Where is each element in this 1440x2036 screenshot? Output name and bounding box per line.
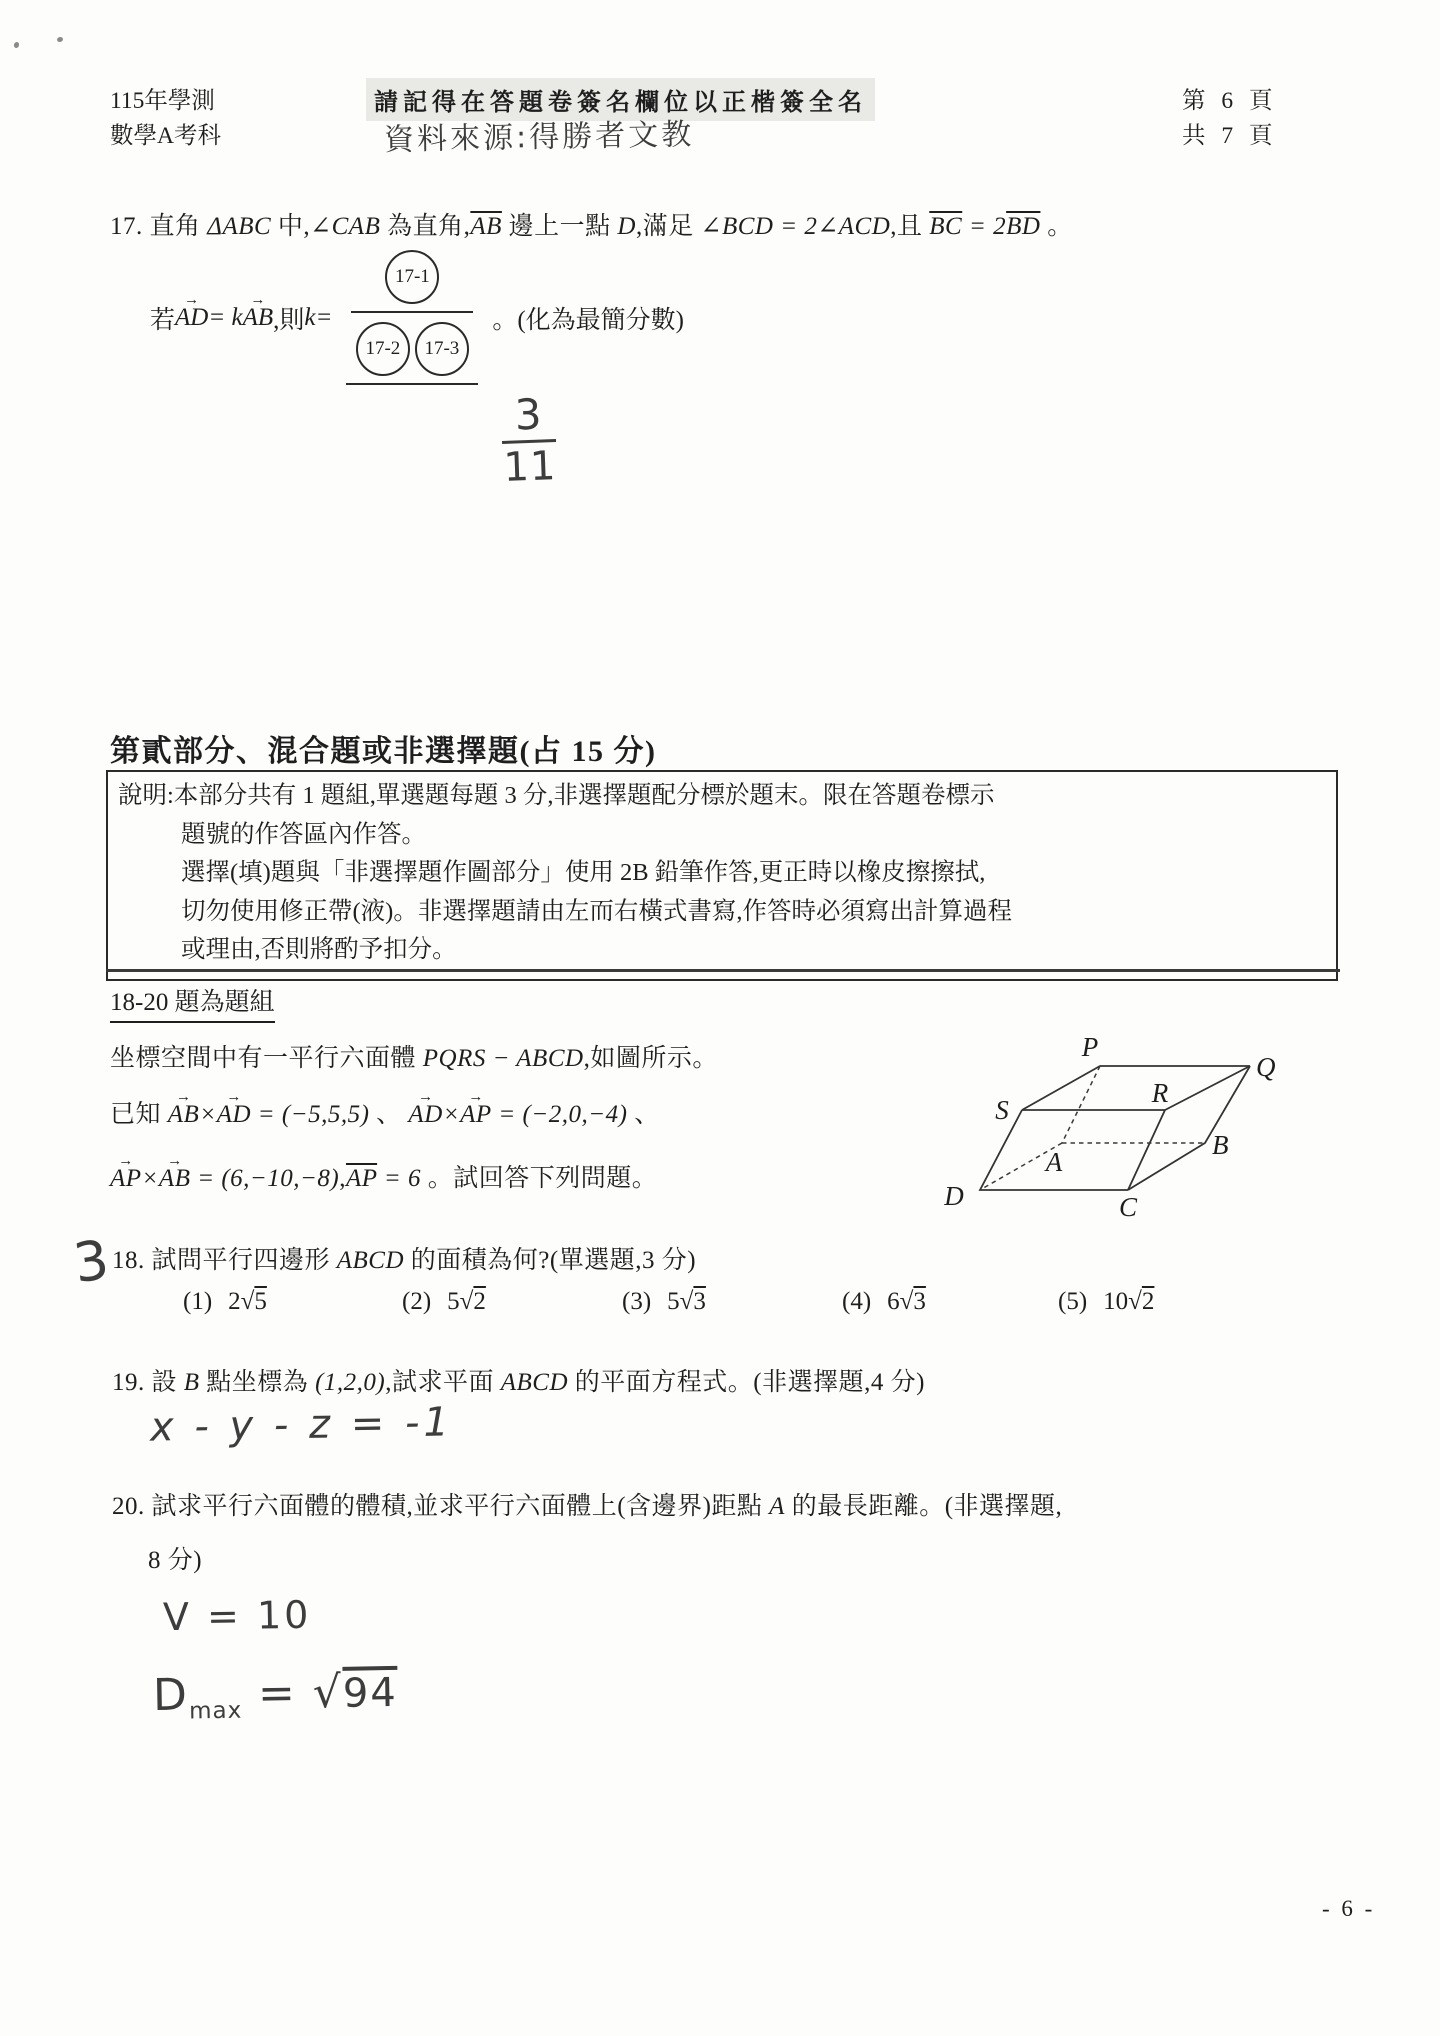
- known-seg: AD: [408, 1101, 442, 1129]
- answer-blank-17-1: 17-1: [385, 250, 439, 304]
- sqrt-sign: √: [460, 1288, 474, 1315]
- vertex-label-Q: Q: [1256, 1052, 1276, 1082]
- option-coef: 10: [1103, 1288, 1128, 1315]
- exam-page: 115年學測 數學A考科 請記得在答題卷簽名欄位以正楷簽全名 資料來源:得勝者文…: [0, 0, 1440, 2036]
- answer-underline: [346, 383, 478, 385]
- known-seg: 。試回答下列問題。: [428, 1165, 658, 1192]
- q17-formula-tail: 。(化為最簡分數): [492, 300, 684, 336]
- q17-seg: ,滿足: [636, 213, 701, 240]
- option-coef: 5: [667, 1288, 680, 1315]
- intro-seg: ,如圖所示。: [584, 1045, 718, 1072]
- option-radicand: 3: [913, 1288, 926, 1315]
- option-number: (5): [1058, 1288, 1087, 1315]
- question-19-stem: 19. 設 B 點坐標為 (1,2,0),試求平面 ABCD 的平面方程式。(非…: [112, 1362, 925, 1398]
- question-group-label: 18-20 題為題組: [110, 982, 275, 1023]
- q17-seg: D: [617, 213, 636, 240]
- handwritten-answer-20-dmax: Dmax = √94: [153, 1666, 399, 1725]
- dmax-subscript: max: [189, 1698, 243, 1725]
- handwritten-answer-19: x - y - z = -1: [150, 1399, 454, 1450]
- question-17-stem: 17. 直角 ΔABC 中,∠CAB 為直角,AB 邊上一點 D,滿足 ∠BCD…: [110, 206, 1073, 242]
- question-20-stem: 20. 試求平行六面體的體積,並求平行六面體上(含邊界)距點 A 的最長距離。(…: [112, 1486, 1062, 1522]
- known-seg: AP: [346, 1165, 377, 1192]
- answer-blank-17-3: 17-3: [415, 322, 469, 376]
- known-seg: AP: [460, 1101, 492, 1129]
- intro-seg: PQRS − ABCD: [423, 1045, 584, 1072]
- handwritten-source-note: 資料來源:得勝者文教: [384, 109, 695, 158]
- q20-seg: A: [769, 1493, 785, 1520]
- known-seg: 、: [627, 1101, 659, 1128]
- known-seg: AB: [159, 1165, 191, 1193]
- header-left: 115年學測 數學A考科: [110, 84, 221, 154]
- known-seg: = 6: [377, 1165, 428, 1192]
- known-seg: ×: [199, 1101, 216, 1128]
- answer-fraction: 17-1 17-2 17-3: [346, 250, 478, 385]
- hw-numerator: 3: [514, 392, 542, 439]
- hidden-edges: [980, 1066, 1205, 1190]
- q17-seg: ΔABC: [207, 213, 271, 240]
- q18-seg: 18. 試問平行四邊形: [112, 1247, 337, 1274]
- known-seg: ,: [339, 1165, 346, 1192]
- q17-formula-seg: k: [304, 304, 315, 332]
- vertex-label-B: B: [1212, 1130, 1229, 1160]
- q17-seg: 17. 直角: [110, 213, 207, 240]
- dmax-equals: =: [242, 1667, 314, 1719]
- option-radicand: 5: [254, 1288, 267, 1315]
- q17-seg: ∠CAB: [310, 213, 380, 240]
- sqrt-sign: √: [680, 1288, 694, 1315]
- q19-seg: ,試求平面: [385, 1369, 501, 1396]
- option-radicand: 3: [693, 1288, 706, 1315]
- q17-formula-seg: AB: [243, 304, 274, 332]
- option-number: (4): [842, 1288, 871, 1315]
- q18-seg: ABCD: [337, 1247, 404, 1274]
- q17-seg: AB: [470, 213, 502, 240]
- known-seg: 、: [369, 1101, 408, 1128]
- option-number: (3): [622, 1288, 651, 1315]
- handwritten-margin-answer-18: 3: [70, 1228, 113, 1295]
- q19-seg: 點坐標為: [200, 1369, 316, 1396]
- header-right: 第 6 頁 共 7 頁: [1182, 84, 1278, 154]
- q19-seg: ABCD: [501, 1369, 568, 1396]
- q20-seg: 的最長距離。(非選擇題,: [785, 1493, 1062, 1520]
- box-bottom-rule: [106, 969, 1340, 972]
- instruction-line: 切勿使用修正帶(液)。非選擇題請由左而右橫式書寫,作答時必須寫出計算過程: [118, 893, 1326, 932]
- q17-seg: BD: [1006, 213, 1040, 240]
- q17-seg: 。: [1040, 213, 1072, 240]
- dmax-radicand: 94: [342, 1670, 398, 1717]
- option-coef: 6: [887, 1288, 900, 1315]
- answer-blank-17-2: 17-2: [356, 322, 410, 376]
- group-known-2: AP×AB = (6,−10,−8),AP = 6 。試回答下列問題。: [110, 1158, 657, 1194]
- vertex-label-P: P: [1081, 1032, 1099, 1062]
- scan-speck: [13, 41, 20, 48]
- section-2-title: 第貳部分、混合題或非選擇題(占 15 分): [110, 726, 656, 770]
- instruction-line: 說明:本部分共有 1 題組,單選題每題 3 分,非選擇題配分標於題末。限在答題卷…: [118, 777, 1326, 816]
- q18-option-5: (5)10√2: [1058, 1288, 1154, 1316]
- exam-subject: 數學A考科: [110, 119, 221, 154]
- q18-option-1: (1)2√5: [183, 1288, 267, 1316]
- option-number: (2): [402, 1288, 431, 1315]
- parallelepiped-diagram: P Q S R A B D C: [928, 1002, 1298, 1227]
- handwritten-answer-17: 3 11: [500, 391, 557, 490]
- q17-seg: = 2: [962, 213, 1006, 240]
- q19-seg: B: [184, 1369, 200, 1396]
- q18-option-4: (4)6√3: [842, 1288, 926, 1316]
- q17-seg: BC: [929, 213, 962, 240]
- solid-edges: [980, 1066, 1250, 1190]
- exam-year: 115年學測: [110, 84, 221, 119]
- q17-formula-seg: = k: [208, 304, 242, 332]
- question-17-formula: 若 AD = k AB ,則 k = 17-1 17-2 17-3 。(化為最簡…: [150, 250, 684, 385]
- known-seg: ×: [142, 1165, 159, 1192]
- q17-seg: 為直角,: [380, 213, 470, 240]
- q17-formula-seg: ,則: [273, 300, 304, 336]
- vertex-label-C: C: [1119, 1192, 1138, 1222]
- dmax-symbol: D: [153, 1670, 190, 1722]
- q17-seg: 中,: [271, 213, 310, 240]
- instruction-line: 或理由,否則將酌予扣分。: [118, 931, 1326, 970]
- question-20-stem-line2: 8 分): [148, 1540, 202, 1576]
- group-known-1: 已知 AB×AD = (−5,5,5) 、 AD×AP = (−2,0,−4) …: [110, 1094, 660, 1130]
- q19-seg: (1,2,0): [315, 1369, 385, 1396]
- q17-formula-seg: 若: [150, 300, 175, 336]
- instruction-line: 選擇(填)題與「非選擇題作圖部分」使用 2B 鉛筆作答,更正時以橡皮擦擦拭,: [118, 854, 1326, 893]
- vertex-label-D: D: [943, 1181, 964, 1211]
- page-total: 共 7 頁: [1182, 119, 1278, 154]
- q18-option-2: (2)5√2: [402, 1288, 486, 1316]
- vertex-label-A: A: [1044, 1147, 1063, 1177]
- q19-seg: 19. 設: [112, 1369, 184, 1396]
- known-seg: 已知: [110, 1101, 168, 1128]
- hw-denominator: 11: [503, 444, 557, 490]
- vertex-label-R: R: [1151, 1078, 1169, 1108]
- page-current: 第 6 頁: [1182, 84, 1278, 119]
- q19-seg: 的平面方程式。(非選擇題,4 分): [568, 1369, 925, 1396]
- group-intro: 坐標空間中有一平行六面體 PQRS − ABCD,如圖所示。: [110, 1038, 718, 1074]
- handwritten-answer-20-volume: V = 10: [163, 1593, 312, 1640]
- instruction-line: 題號的作答區內作答。: [118, 816, 1326, 855]
- known-seg: = (−2,0,−4): [492, 1101, 628, 1128]
- q17-seg: 邊上一點: [502, 213, 618, 240]
- option-number: (1): [183, 1288, 212, 1315]
- intro-seg: 坐標空間中有一平行六面體: [110, 1045, 423, 1072]
- scan-speck: [56, 36, 63, 42]
- option-coef: 2: [228, 1288, 241, 1315]
- q18-option-3: (3)5√3: [622, 1288, 706, 1316]
- question-18-stem: 18. 試問平行四邊形 ABCD 的面積為何?(單選題,3 分): [112, 1240, 696, 1276]
- vertex-label-S: S: [995, 1095, 1009, 1125]
- known-seg: ×: [443, 1101, 460, 1128]
- option-radicand: 2: [473, 1288, 486, 1315]
- known-seg: AP: [110, 1165, 142, 1193]
- known-seg: AD: [217, 1101, 251, 1129]
- q17-formula-seg: AD: [175, 304, 208, 332]
- q17-seg: ∠BCD = 2∠ACD: [701, 213, 891, 240]
- option-radicand: 2: [1142, 1288, 1155, 1315]
- known-seg: = (6,−10,−8): [190, 1165, 339, 1192]
- sqrt-sign: √: [900, 1288, 914, 1315]
- q20-seg: 20. 試求平行六面體的體積,並求平行六面體上(含邊界)距點: [112, 1493, 769, 1520]
- known-seg: AB: [168, 1101, 200, 1129]
- footer-page-number: - 6 -: [1322, 1896, 1375, 1922]
- sqrt-sign: √: [1128, 1288, 1142, 1315]
- option-coef: 5: [447, 1288, 460, 1315]
- q17-formula-seg: =: [315, 304, 332, 332]
- known-seg: = (−5,5,5): [251, 1101, 369, 1128]
- q18-seg: 的面積為何?(單選題,3 分): [404, 1247, 696, 1274]
- sqrt-sign: √: [312, 1667, 343, 1719]
- sqrt-sign: √: [241, 1288, 255, 1315]
- instruction-box: 說明:本部分共有 1 題組,單選題每題 3 分,非選擇題配分標於題末。限在答題卷…: [106, 770, 1338, 981]
- q17-seg: ,且: [890, 213, 929, 240]
